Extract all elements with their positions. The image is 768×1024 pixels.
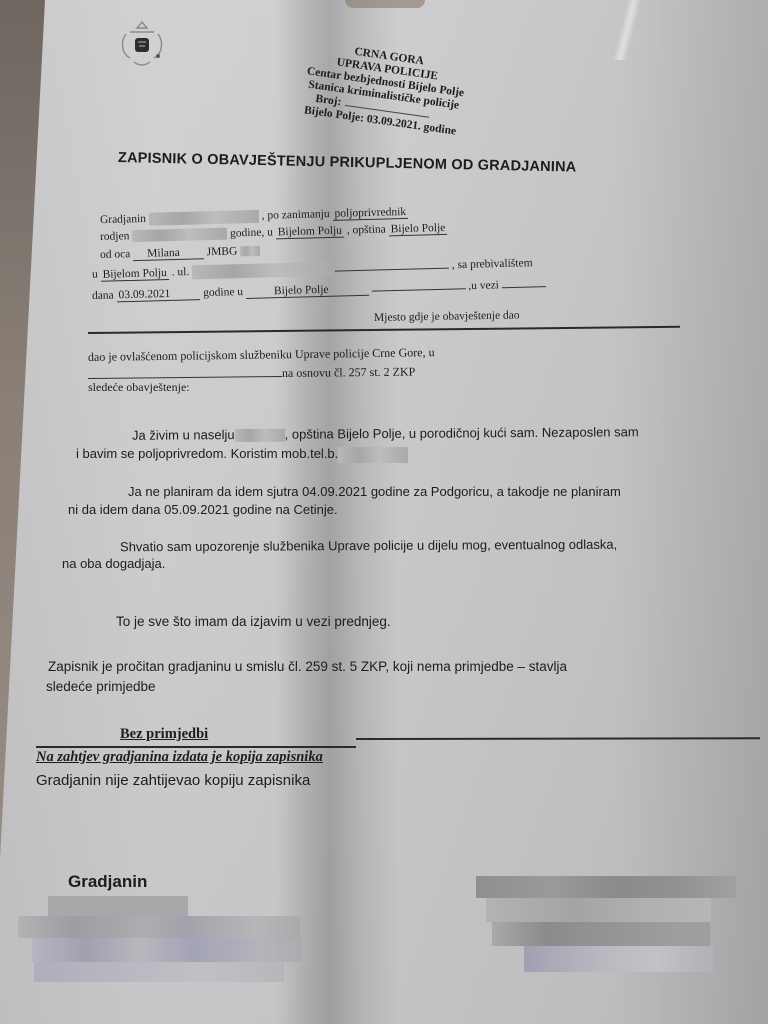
- residence-suffix: , sa prebivalištem: [452, 257, 533, 271]
- redacted-settlement: [235, 429, 285, 442]
- basis-blank: [88, 376, 282, 379]
- father-label: od oca: [100, 248, 131, 261]
- street-line: [335, 267, 449, 271]
- statement-p2-line1: Ja ne planiram da idem sjutra 04.09.2021…: [128, 484, 621, 499]
- read-line-2: sledeće primjedbe: [46, 679, 156, 694]
- copy-status: Gradjanin nije zahtijevao kopiju zapisni…: [36, 772, 310, 789]
- street-label: . ul.: [172, 266, 190, 278]
- redacted-citizen-signature: [18, 896, 300, 970]
- statement-text: i bavim se poljoprivredom. Koristim mob.…: [76, 446, 338, 461]
- redacted-jmbg: [240, 246, 260, 257]
- finger-edge: [345, 0, 425, 8]
- date-value: 03.09.2021: [116, 287, 200, 302]
- date-suffix: godine u: [203, 286, 243, 299]
- statement-text: , opština Bijelo Polje, u porodičnoj kuć…: [285, 424, 639, 441]
- copy-heading: Na zahtjev gradjanina izdata je kopija z…: [36, 749, 323, 766]
- citizen-label: Gradjanin: [100, 213, 146, 226]
- place-line: [371, 288, 465, 291]
- municipality-value: Bijelo Polje: [389, 222, 448, 237]
- coat-of-arms-icon: [118, 18, 166, 70]
- statement-p2-line2: ni da idem dana 05.09.2021 godine na Cet…: [68, 502, 338, 517]
- residence-value: Bijelom Polju: [100, 267, 169, 282]
- date-label: dana: [92, 289, 114, 302]
- redacted-phone: [338, 447, 408, 463]
- occupation-value: poljoprivrednik: [332, 206, 408, 221]
- birthplace-value: Bijelom Polju: [276, 225, 345, 240]
- no-remarks-label: Bez primjedbi: [120, 726, 208, 743]
- statement-p4: To je sve što imam da izjavim u vezi pre…: [116, 614, 391, 629]
- regarding-label: ,u vezi: [468, 279, 499, 292]
- redacted-officer-signature: [476, 876, 736, 976]
- residence-prefix: u: [92, 268, 98, 280]
- statement-p1-line2: i bavim se poljoprivredom. Koristim mob.…: [76, 446, 408, 463]
- regarding-line: [502, 286, 546, 288]
- divider-line-left: [36, 746, 356, 748]
- jmbg-label: JMBG: [206, 245, 237, 258]
- born-year-suffix: godine, u: [230, 226, 273, 239]
- redacted-birth-date: [132, 228, 227, 242]
- statement-p3-line2: na oba dogadjaja.: [62, 556, 165, 571]
- father-value: Milana: [133, 246, 204, 261]
- born-label: rodjen: [100, 230, 130, 243]
- statement-p3-line1: Shvatio sam upozorenje službenika Uprave…: [120, 537, 617, 555]
- place-caption: Mjesto gdje je obavještenje dao: [374, 309, 520, 324]
- citizen-signature-label: Gradjanin: [68, 872, 147, 892]
- read-line-1: Zapisnik je pročitan gradjaninu u smislu…: [48, 659, 567, 674]
- occupation-label: , po zanimanju: [262, 208, 330, 222]
- following-line: sledeće obavještenje:: [88, 380, 190, 395]
- municipality-label: , opština: [347, 224, 386, 237]
- basis-line: na osnovu čl. 257 st. 2 ZKP: [282, 365, 415, 380]
- statement-text: Ja živim u naselju: [132, 427, 235, 443]
